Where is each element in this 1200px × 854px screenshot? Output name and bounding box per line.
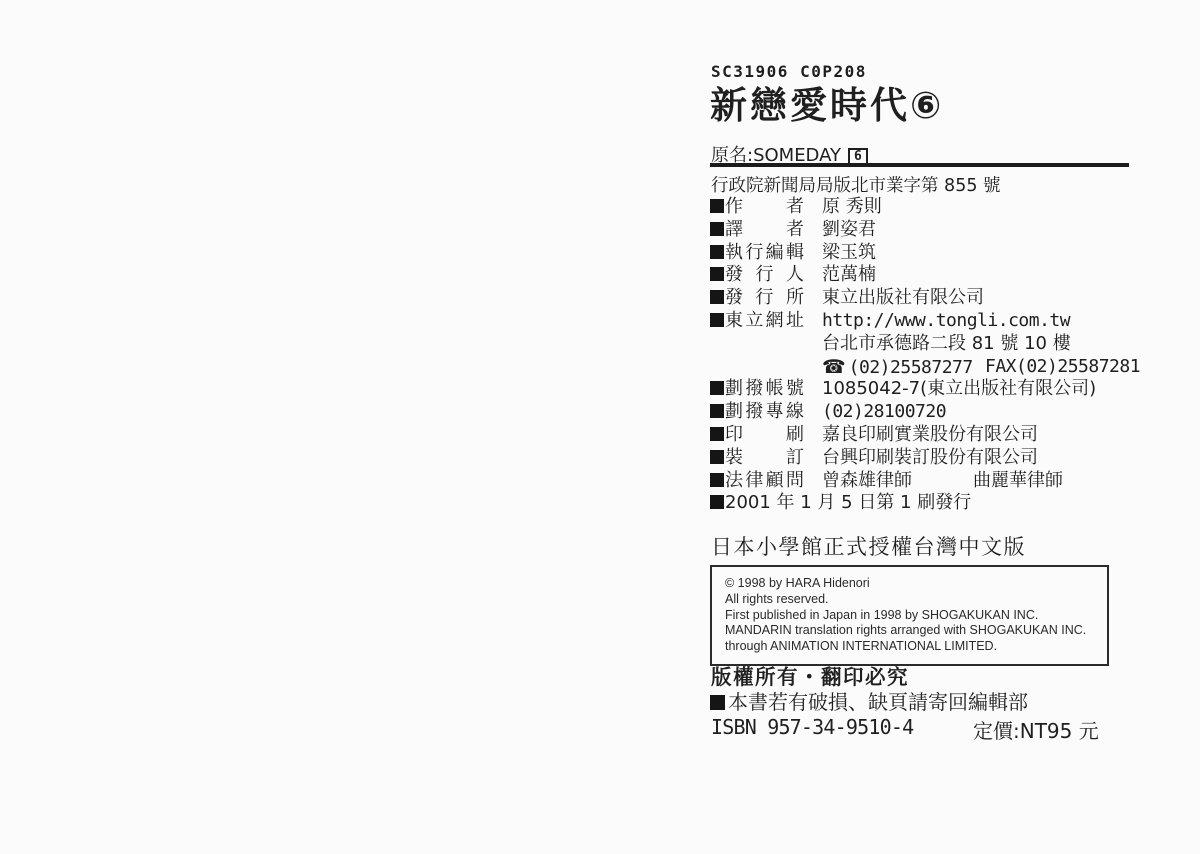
bullet-square-icon [710, 427, 724, 441]
credit-value: 嘉良印刷實業股份有限公司 [822, 424, 1038, 445]
credit-value: 劉姿君 [822, 219, 876, 240]
bullet-square-icon [710, 450, 724, 464]
book-title: 新戀愛時代⑥ [710, 84, 944, 128]
bullet-square-icon [710, 267, 724, 281]
credit-row-website: 東立網址http://www.tongli.com.tw [710, 310, 1150, 333]
lawyer-name-1: 曾森雄律師 [822, 470, 912, 491]
bullet-square-icon [710, 222, 724, 236]
credit-label: 東立網址 [725, 310, 804, 333]
price-label: 定價:NT95 元 [973, 715, 1099, 744]
credit-row-phone-fax: ☎(02)25587277FAX(02)25587281 [710, 356, 1150, 379]
bullet-square-icon [710, 381, 724, 395]
isbn-price-line: ISBN 957-34-9510-4 定價:NT95 元 [711, 715, 1141, 739]
credit-row-publisher-person: 發行人范萬楠 [710, 264, 1150, 287]
credit-row-postal-hotline: 劃撥專線(02)28100720 [710, 401, 1150, 424]
credit-row-legal: 法律顧問曾森雄律師曲麗華律師 [710, 470, 1150, 493]
credit-row-address: 台北市承德路二段 81 號 10 樓 [710, 333, 1150, 356]
copyright-line: MANDARIN translation rights arranged wit… [725, 623, 1095, 639]
colophon-page: SC31906 C0P208 新戀愛時代⑥ 原名:SOMEDAY6 行政院新聞局… [710, 0, 1150, 854]
copyright-line: First published in Japan in 1998 by SHOG… [725, 608, 1095, 624]
bullet-square-icon [710, 695, 725, 710]
return-notice-line: 本書若有破損、缺頁請寄回編輯部 [710, 686, 1028, 715]
phone-number: (02)25587277 [849, 357, 973, 378]
credit-label: 發行所 [725, 287, 804, 310]
copyright-line: through ANIMATION INTERNATIONAL LIMITED. [725, 639, 1095, 655]
phone-icon: ☎ [822, 356, 846, 378]
credit-row-author: 作者原 秀則 [710, 196, 1150, 219]
credit-row-postal-account: 劃撥帳號1085042-7(東立出版社有限公司) [710, 378, 1150, 401]
lawyer-name-2: 曲麗華律師 [973, 470, 1063, 493]
bullet-square-icon [710, 290, 724, 304]
credit-label: 譯者 [725, 219, 804, 242]
bullet-square-icon [710, 313, 724, 327]
bullet-square-icon [710, 199, 724, 213]
authorization-line: 日本小學館正式授權台灣中文版 [711, 531, 1026, 561]
copyright-box: © 1998 by HARA Hidenori All rights reser… [710, 565, 1109, 666]
product-code: SC31906 C0P208 [711, 62, 867, 81]
copyright-line: © 1998 by HARA Hidenori [725, 576, 1095, 592]
credit-value: 原 秀則 [822, 196, 882, 217]
credit-label: 發行人 [725, 264, 804, 287]
credit-row-binding: 裝訂台興印刷裝訂股份有限公司 [710, 447, 1150, 470]
bullet-square-icon [710, 404, 724, 418]
credit-row-editor: 執行編輯梁玉筑 [710, 242, 1150, 265]
website-url: http://www.tongli.com.tw [822, 310, 1070, 331]
credit-label: 作者 [725, 196, 804, 219]
credit-row-print-date: 2001 年 1 月 5 日第 1 刷發行 [710, 492, 1150, 515]
bullet-square-icon [710, 245, 724, 259]
publisher-address: 台北市承德路二段 81 號 10 樓 [822, 333, 1071, 354]
credit-value: (02)28100720 [822, 401, 946, 422]
isbn-number: ISBN 957-34-9510-4 [711, 715, 913, 739]
return-notice: 本書若有破損、缺頁請寄回編輯部 [728, 690, 1028, 714]
credit-label: 法律顧問 [725, 470, 804, 493]
credit-row-printer: 印刷嘉良印刷實業股份有限公司 [710, 424, 1150, 447]
license-number: 行政院新聞局局版北市業字第 855 號 [711, 172, 1001, 197]
credit-row-translator: 譯者劉姿君 [710, 219, 1150, 242]
print-date: 2001 年 1 月 5 日第 1 刷發行 [725, 492, 971, 513]
bullet-square-icon [710, 495, 724, 509]
credit-value: 范萬楠 [822, 264, 876, 285]
credit-label: 印刷 [725, 424, 804, 447]
credit-value: 台興印刷裝訂股份有限公司 [822, 447, 1038, 468]
bullet-square-icon [710, 473, 724, 487]
credit-value: 東立出版社有限公司 [822, 287, 984, 308]
divider-rule [710, 163, 1129, 167]
credit-label: 執行編輯 [725, 242, 804, 265]
credit-label: 劃撥專線 [725, 401, 804, 424]
credit-value: 1085042-7(東立出版社有限公司) [822, 378, 1096, 399]
credit-label: 劃撥帳號 [725, 378, 804, 401]
credit-label: 裝訂 [725, 447, 804, 470]
copyright-line: All rights reserved. [725, 592, 1095, 608]
fax-number: FAX(02)25587281 [985, 356, 1140, 379]
credit-row-publisher-company: 發行所東立出版社有限公司 [710, 287, 1150, 310]
credits-list: 作者原 秀則 譯者劉姿君 執行編輯梁玉筑 發行人范萬楠 發行所東立出版社有限公司… [710, 196, 1150, 515]
credit-value: 梁玉筑 [822, 242, 876, 263]
